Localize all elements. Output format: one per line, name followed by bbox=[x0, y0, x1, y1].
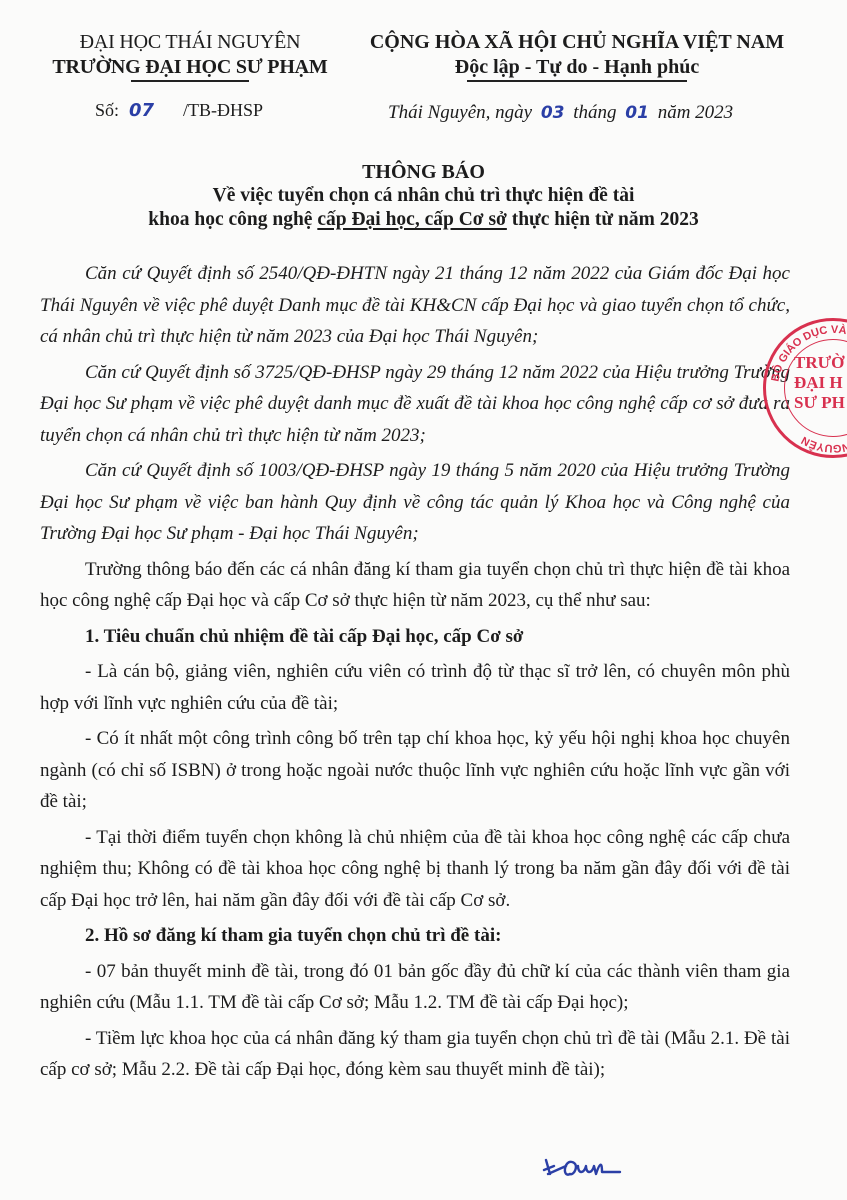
date-year: năm 2023 bbox=[658, 102, 733, 123]
stamp-center-text: TRƯỜ ĐẠI H SƯ PH bbox=[794, 353, 845, 413]
body-paragraph: Căn cứ Quyết định số 3725/QĐ-ĐHSP ngày 2… bbox=[40, 357, 790, 452]
date-month-label: tháng bbox=[573, 102, 616, 123]
doc-number-handwritten: 07 bbox=[129, 100, 154, 121]
document-title: THÔNG BÁO Về việc tuyển chọn cá nhân chủ… bbox=[0, 160, 847, 232]
title-subject-line2: khoa học công nghệ cấp Đại học, cấp Cơ s… bbox=[0, 208, 847, 232]
section-heading: 1. Tiêu chuẩn chủ nhiệm đề tài cấp Đại h… bbox=[40, 621, 790, 653]
body-paragraph: - Là cán bộ, giảng viên, nghiên cứu viên… bbox=[40, 656, 790, 719]
initials-signature-icon bbox=[540, 1152, 630, 1184]
document-body: Căn cứ Quyết định số 2540/QĐ-ĐHTN ngày 2… bbox=[40, 258, 790, 1090]
date-month: 01 bbox=[621, 103, 653, 123]
body-paragraph: - Tiềm lực khoa học của cá nhân đăng ký … bbox=[40, 1023, 790, 1086]
parent-organization: ĐẠI HỌC THÁI NGUYÊN bbox=[40, 30, 340, 55]
title-subject-line1: Về việc tuyển chọn cá nhân chủ trì thực … bbox=[0, 184, 847, 208]
doc-number-suffix: /TB-ĐHSP bbox=[183, 100, 263, 120]
title-heading: THÔNG BÁO bbox=[0, 160, 847, 184]
issuing-organization: ĐẠI HỌC THÁI NGUYÊN TRƯỜNG ĐẠI HỌC SƯ PH… bbox=[40, 30, 340, 82]
official-stamp: BỘ GIÁO DỤC VÀ ĐÀO TẠO ★ ĐẠI HỌC THÁI NG… bbox=[763, 318, 847, 458]
body-paragraph: Căn cứ Quyết định số 2540/QĐ-ĐHTN ngày 2… bbox=[40, 258, 790, 353]
date-day: 03 bbox=[537, 103, 569, 123]
national-motto: CỘNG HÒA XÃ HỘI CHỦ NGHĨA VIỆT NAM Độc l… bbox=[352, 30, 802, 82]
body-paragraph: - Tại thời điểm tuyển chọn không là chủ … bbox=[40, 822, 790, 917]
header-left-underline bbox=[131, 80, 249, 82]
body-paragraph: Trường thông báo đến các cá nhân đăng kí… bbox=[40, 554, 790, 617]
motto: Độc lập - Tự do - Hạnh phúc bbox=[352, 55, 802, 80]
date-place: Thái Nguyên, ngày bbox=[388, 102, 532, 123]
header-right-underline bbox=[467, 80, 687, 82]
school-name: TRƯỜNG ĐẠI HỌC SƯ PHẠM bbox=[40, 55, 340, 80]
body-paragraph: - Có ít nhất một công trình công bố trên… bbox=[40, 723, 790, 818]
document-number: Số:07/TB-ĐHSP bbox=[95, 100, 263, 121]
body-paragraph: Căn cứ Quyết định số 1003/QĐ-ĐHSP ngày 1… bbox=[40, 455, 790, 550]
country-name: CỘNG HÒA XÃ HỘI CHỦ NGHĨA VIỆT NAM bbox=[352, 30, 802, 55]
body-paragraph: - 07 bản thuyết minh đề tài, trong đó 01… bbox=[40, 956, 790, 1019]
issue-date: Thái Nguyên, ngày 03 tháng 01 năm 2023 bbox=[388, 102, 733, 124]
doc-number-label: Số: bbox=[95, 100, 119, 120]
section-heading: 2. Hồ sơ đăng kí tham gia tuyển chọn chủ… bbox=[40, 920, 790, 952]
document-page: ĐẠI HỌC THÁI NGUYÊN TRƯỜNG ĐẠI HỌC SƯ PH… bbox=[0, 0, 847, 1200]
